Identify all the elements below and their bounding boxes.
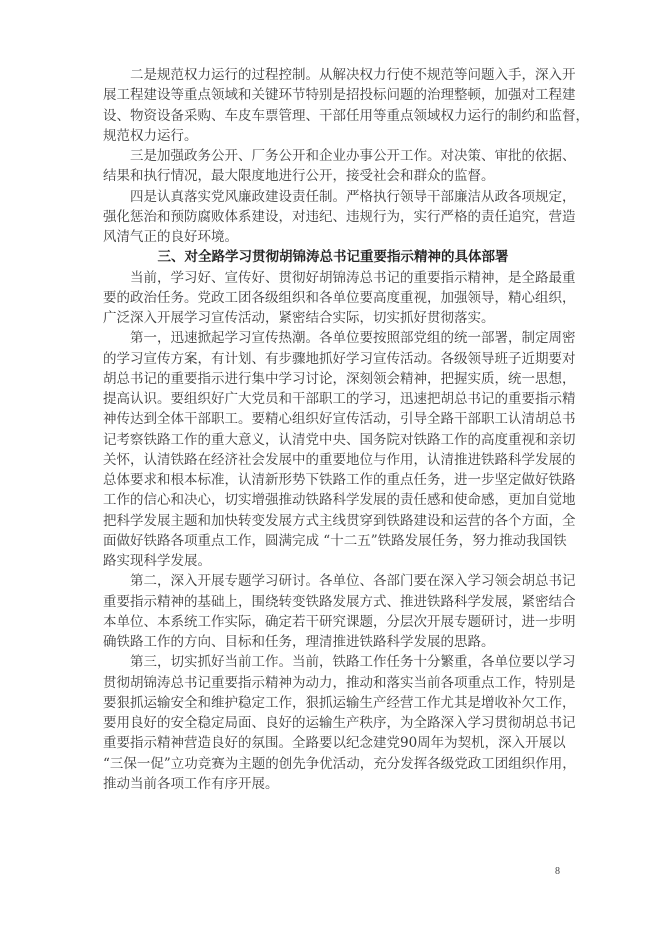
- text-line: 第一，迅速掀起学习宣传热潮。各单位要按照部党组的统一部署，制定周密: [103, 328, 563, 348]
- text-line: 贯彻胡锦涛总书记重要指示精神为动力，推动和落实当前各项重点工作，特别是: [103, 673, 563, 693]
- text-line: 本单位、本系统工作实际，确定若干研究课题，分层次开展专题研讨，进一步明: [103, 612, 563, 632]
- text-line: 路实现科学发展。: [103, 551, 563, 571]
- text-line: 结果和执行情况，最大限度地进行公开，接受社会和群众的监督。: [103, 166, 563, 186]
- text-line: 当前，学习好、宣传好、贯彻好胡锦涛总书记的重要指示精神，是全路最重: [103, 268, 563, 288]
- document-page: 二是规范权力运行的过程控制。从解决权力行使不规范等问题入手，深入开展工程建设等重…: [0, 0, 661, 935]
- text-line: 要用良好的安全稳定局面、良好的运输生产秩序，为全路深入学习贯彻胡总书记: [103, 713, 563, 733]
- document-body: 二是规范权力运行的过程控制。从解决权力行使不规范等问题入手，深入开展工程建设等重…: [103, 65, 563, 794]
- section-heading: 三、对全路学习贯彻胡锦涛总书记重要指示精神的具体部署: [103, 247, 563, 267]
- text-line: 记考察铁路工作的重大意义，认清党中央、国务院对铁路工作的高度重视和亲切: [103, 430, 563, 450]
- text-line: 三是加强政务公开、厂务公开和企业办事公开工作。对决策、审批的依据、: [103, 146, 563, 166]
- text-line: 设、物资设备采购、车皮车票管理、干部任用等重点领域权力运行的制约和监督，: [103, 106, 563, 126]
- text-line: 要的政治任务。党政工团各级组织和各单位要高度重视，加强领导，精心组织，: [103, 288, 563, 308]
- text-line: 展工程建设等重点领域和关键环节特别是招投标问题的治理整顿，加强对工程建: [103, 85, 563, 105]
- text-line: 的学习宣传方案，有计划、有步骤地抓好学习宣传活动。各级领导班子近期要对: [103, 349, 563, 369]
- page-number: 8: [555, 866, 560, 877]
- text-line: 四是认真落实党风廉政建设责任制。严格执行领导干部廉洁从政各项规定，: [103, 187, 563, 207]
- text-line: 重要指示精神的基础上，围绕转变铁路发展方式、推进铁路科学发展，紧密结合: [103, 592, 563, 612]
- text-line: 胡总书记的重要指示进行集中学习讨论，深刻领会精神，把握实质，统一思想，: [103, 369, 563, 389]
- text-line: 广泛深入开展学习宣传活动，紧密结合实际，切实抓好贯彻落实。: [103, 308, 563, 328]
- text-line: “三保一促”立功竞赛为主题的创先争优活动，充分发挥各级党政工团组织作用，: [103, 754, 563, 774]
- text-line: 神传达到全体干部职工。要精心组织好宣传活动，引导全路干部职工认清胡总书: [103, 409, 563, 429]
- text-line: 第二，深入开展专题学习研讨。各单位、各部门要在深入学习领会胡总书记: [103, 571, 563, 591]
- text-line: 关怀，认清铁路在经济社会发展中的重要地位与作用，认清推进铁路科学发展的: [103, 450, 563, 470]
- text-line: 推动当前各项工作有序开展。: [103, 774, 563, 794]
- text-line: 规范权力运行。: [103, 126, 563, 146]
- text-line: 提高认识。要组织好广大党员和干部职工的学习，迅速把胡总书记的重要指示精: [103, 389, 563, 409]
- text-line: 风清气正的良好环境。: [103, 227, 563, 247]
- text-line: 面做好铁路各项重点工作，圆满完成 “十二五”铁路发展任务，努力推动我国铁: [103, 531, 563, 551]
- text-line: 工作的信心和决心，切实增强推动铁路科学发展的责任感和使命感，更加自觉地: [103, 490, 563, 510]
- text-line: 强化惩治和预防腐败体系建设，对违纪、违规行为，实行严格的责任追究，营造: [103, 207, 563, 227]
- text-line: 要狠抓运输安全和维护稳定工作，狠抓运输生产经营工作尤其是增收补欠工作，: [103, 693, 563, 713]
- text-line: 把科学发展主题和加快转变发展方式主线贯穿到铁路建设和运营的各个方面，全: [103, 511, 563, 531]
- text-line: 确铁路工作的方向、目标和任务，理清推进铁路科学发展的思路。: [103, 632, 563, 652]
- text-line: 第三，切实抓好当前工作。当前，铁路工作任务十分繁重，各单位要以学习: [103, 652, 563, 672]
- text-line: 二是规范权力运行的过程控制。从解决权力行使不规范等问题入手，深入开: [103, 65, 563, 85]
- text-line: 总体要求和根本标准，认清新形势下铁路工作的重点任务，进一步坚定做好铁路: [103, 470, 563, 490]
- text-line: 重要指示精神营造良好的氛围。全路要以纪念建党90周年为契机，深入开展以: [103, 733, 563, 753]
